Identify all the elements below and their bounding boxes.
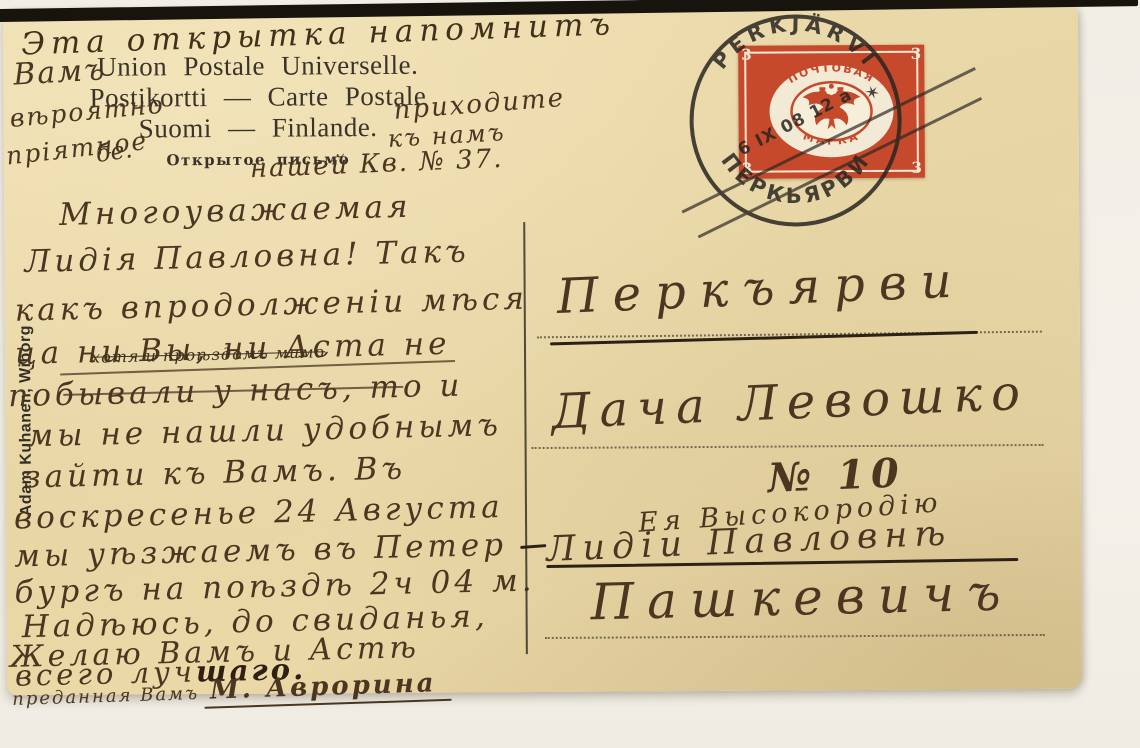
postmark-latin-text: PERKJÄRVI bbox=[708, 11, 883, 74]
message-line: какъ впродолженіи мѣся bbox=[14, 283, 528, 328]
annotation-vam: Вамъ bbox=[12, 54, 106, 91]
scanned-postcard-page: { "card": { "header": { "upu": "Union Po… bbox=[0, 0, 1140, 748]
svg-text:PERKJÄRVI: PERKJÄRVI bbox=[708, 11, 883, 74]
signature-prefix: преданная Вамъ bbox=[12, 683, 199, 710]
address-dotted-line bbox=[545, 634, 1045, 639]
address-dotted-line bbox=[532, 444, 1044, 449]
address-recipient-surname: Пашкевичъ bbox=[590, 566, 1014, 628]
message-line: Многоуважаемая bbox=[59, 191, 412, 232]
message-line: мы не нашли удобнымъ bbox=[27, 409, 502, 453]
annotation-scribble: бе. bbox=[94, 137, 134, 167]
postmark: PERKJÄRVI ПЕРКЬЯРВИ 6 IX 08 12 a ✶ bbox=[675, 2, 986, 242]
postmark-date: 6 IX 08 12 a bbox=[735, 85, 856, 161]
message-line: Лидія Павловна! Такъ bbox=[24, 236, 470, 279]
address-destination: Перкъярви bbox=[556, 255, 967, 322]
message-line: зайти къ Вамъ. Въ bbox=[23, 453, 406, 495]
postcard: Union Postale Universelle. Postikortti —… bbox=[3, 4, 1082, 696]
address-dacha: Дача Левошко bbox=[550, 368, 1029, 438]
signature-name: М. Аврорина bbox=[204, 668, 451, 709]
postmark-star-icon: ✶ bbox=[862, 81, 883, 106]
pen-dash bbox=[520, 544, 546, 549]
